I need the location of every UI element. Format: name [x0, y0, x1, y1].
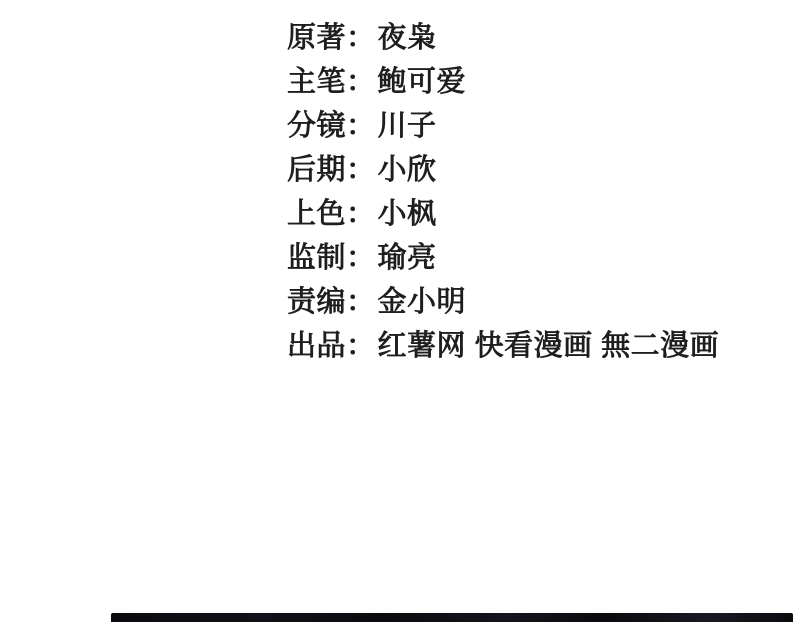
credit-value: 鲍可爱: [378, 66, 467, 98]
credit-value: 川子: [378, 110, 437, 142]
credit-value: 红薯网 快看漫画 無二漫画: [378, 330, 720, 362]
credit-separator: ：: [346, 330, 378, 362]
credit-label: 监制: [287, 242, 346, 274]
credit-value: 小欣: [378, 154, 437, 186]
credit-label: 主笔: [287, 66, 346, 98]
comic-page: 原著：夜枭 主笔：鲍可爱 分镜：川子 后期：小欣 上色：小枫 监制：瑜亮 责编：…: [0, 0, 800, 624]
credit-value: 金小明: [378, 286, 467, 318]
credit-label: 后期: [287, 154, 346, 186]
credit-label: 原著: [287, 22, 346, 54]
credit-separator: ：: [346, 154, 378, 186]
credit-value: 夜枭: [378, 22, 437, 54]
credit-line-post-production: 后期：小欣: [287, 148, 719, 192]
credit-value: 瑜亮: [378, 242, 437, 274]
credit-line-coloring: 上色：小枫: [287, 192, 719, 236]
credit-separator: ：: [346, 22, 378, 54]
credit-value: 小枫: [378, 198, 437, 230]
credit-separator: ：: [346, 66, 378, 98]
credit-separator: ：: [346, 286, 378, 318]
credit-separator: ：: [346, 198, 378, 230]
credit-label: 责编: [287, 286, 346, 318]
credit-line-supervisor: 监制：瑜亮: [287, 236, 719, 280]
credit-line-lead-artist: 主笔：鲍可爱: [287, 60, 719, 104]
credit-separator: ：: [346, 110, 378, 142]
credit-line-editor: 责编：金小明: [287, 280, 719, 324]
credit-label: 分镜: [287, 110, 346, 142]
credits-list: 原著：夜枭 主笔：鲍可爱 分镜：川子 后期：小欣 上色：小枫 监制：瑜亮 责编：…: [287, 16, 719, 368]
credit-separator: ：: [346, 242, 378, 274]
credit-label: 出品: [287, 330, 346, 362]
credit-line-storyboard: 分镜：川子: [287, 104, 719, 148]
comic-panel-top-edge: [111, 613, 793, 622]
credit-line-production: 出品：红薯网 快看漫画 無二漫画: [287, 324, 719, 368]
credit-line-original-author: 原著：夜枭: [287, 16, 719, 60]
credit-label: 上色: [287, 198, 346, 230]
